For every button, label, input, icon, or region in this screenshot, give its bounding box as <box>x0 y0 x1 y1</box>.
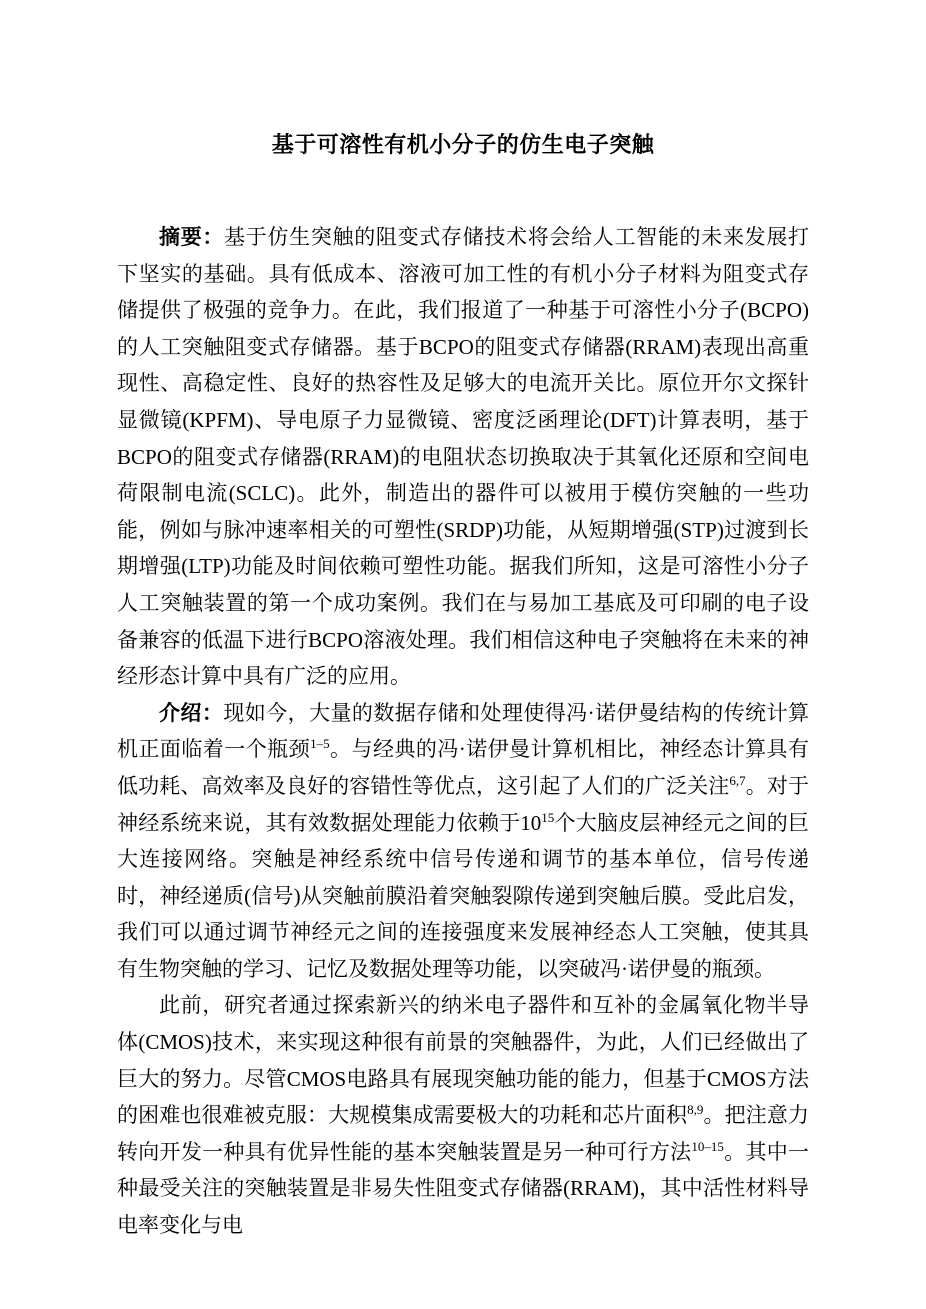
paragraph-abstract: 摘要：基于仿生突触的阻变式存储技术将会给人工智能的未来发展打下坚实的基础。具有低… <box>117 219 809 695</box>
document-title: 基于可溶性有机小分子的仿生电子突触 <box>117 128 809 162</box>
text-run: 基于仿生突触的阻变式存储技术将会给人工智能的未来发展打下坚实的基础。具有低成本、… <box>117 225 809 688</box>
document-page: 基于可溶性有机小分子的仿生电子突触 摘要：基于仿生突触的阻变式存储技术将会给人工… <box>0 0 926 1309</box>
citation-ref: 1–5 <box>310 736 330 751</box>
citation-ref: 10–15 <box>691 1139 724 1154</box>
exponent: 15 <box>541 810 554 825</box>
text-run: 个大脑皮层神经元之间的巨大连接网络。突触是神经系统中信号传递和调节的基本单位，信… <box>117 811 809 981</box>
paragraph-introduction: 介绍：现如今，大量的数据存储和处理使得冯·诺伊曼结构的传统计算机正面临着一个瓶颈… <box>117 695 809 988</box>
citation-ref: 6,7 <box>729 773 745 788</box>
introduction-label: 介绍： <box>159 701 223 725</box>
abstract-label: 摘要： <box>159 225 224 249</box>
citation-ref: 8,9 <box>687 1102 703 1117</box>
document-body: 摘要：基于仿生突触的阻变式存储技术将会给人工智能的未来发展打下坚实的基础。具有低… <box>117 219 809 1244</box>
paragraph-prior-work: 此前，研究者通过探索新兴的纳米电子器件和互补的金属氧化物半导体(CMOS)技术，… <box>117 987 809 1243</box>
